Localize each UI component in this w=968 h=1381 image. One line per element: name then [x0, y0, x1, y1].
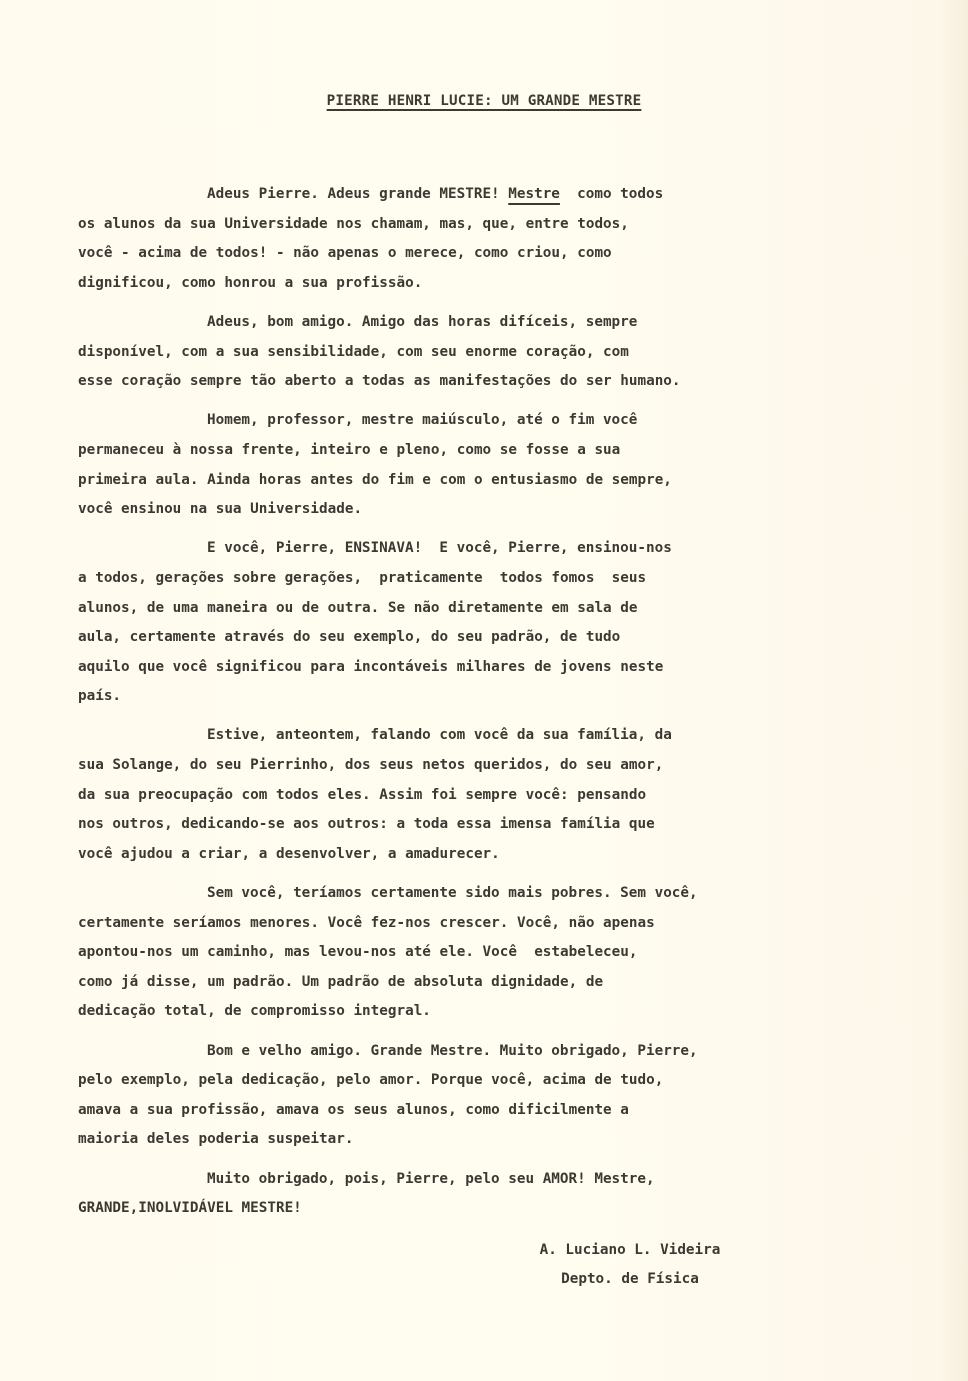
paragraph-line: pelo exemplo, pela dedicação, pelo amor.… [78, 1066, 908, 1096]
paragraph-line: certamente seríamos menores. Você fez-no… [78, 909, 908, 939]
paragraph-line: dedicação total, de compromisso integral… [78, 997, 908, 1027]
underlined-word-mestre: Mestre [508, 186, 560, 202]
paragraph-line: você ensinou na sua Universidade. [78, 495, 908, 525]
paragraph-line: permaneceu à nossa frente, inteiro e ple… [78, 436, 908, 466]
paragraph-line: nos outros, dedicando-se aos outros: a t… [78, 810, 908, 840]
paragraph-line: os alunos da sua Universidade nos chamam… [78, 210, 908, 240]
signature-department: Depto. de Física [500, 1265, 760, 1294]
signature-block: A. Luciano L. Videira Depto. de Física [500, 1236, 760, 1294]
document-title-text: PIERRE HENRI LUCIE: UM GRANDE MESTRE [327, 93, 642, 109]
paragraph-1: Adeus Pierre. Adeus grande MESTRE! Mestr… [78, 180, 908, 298]
paragraph-line: você ajudou a criar, a desenvolver, a am… [78, 840, 908, 870]
document-page: PIERRE HENRI LUCIE: UM GRANDE MESTRE Ade… [0, 0, 968, 1381]
paragraph-text: como todos [560, 186, 663, 202]
paragraph-line: aquilo que você significou para incontáv… [78, 653, 908, 683]
paragraph-line: Bom e velho amigo. Grande Mestre. Muito … [78, 1037, 908, 1067]
document-body: Adeus Pierre. Adeus grande MESTRE! Mestr… [78, 180, 908, 1233]
paragraph-line: maioria deles poderia suspeitar. [78, 1125, 908, 1155]
paragraph-line: Adeus Pierre. Adeus grande MESTRE! Mestr… [78, 180, 908, 210]
paragraph-line: Homem, professor, mestre maiúsculo, até … [78, 406, 908, 436]
paragraph-7: Bom e velho amigo. Grande Mestre. Muito … [78, 1037, 908, 1155]
paragraph-line: dignificou, como honrou a sua profissão. [78, 269, 908, 299]
paragraph-line: amava a sua profissão, amava os seus alu… [78, 1096, 908, 1126]
paragraph-6: Sem você, teríamos certamente sido mais … [78, 879, 908, 1027]
paragraph-line: sua Solange, do seu Pierrinho, dos seus … [78, 751, 908, 781]
paragraph-line: Muito obrigado, pois, Pierre, pelo seu A… [78, 1165, 908, 1195]
paragraph-line: você - acima de todos! - não apenas o me… [78, 239, 908, 269]
paragraph-3: Homem, professor, mestre maiúsculo, até … [78, 406, 908, 524]
paragraph-line: país. [78, 682, 908, 712]
paragraph-2: Adeus, bom amigo. Amigo das horas difíce… [78, 308, 908, 397]
paragraph-line: Sem você, teríamos certamente sido mais … [78, 879, 908, 909]
paragraph-line: E você, Pierre, ENSINAVA! E você, Pierre… [78, 534, 908, 564]
paragraph-5: Estive, anteontem, falando com você da s… [78, 721, 908, 869]
paragraph-line: GRANDE,INOLVIDÁVEL MESTRE! [78, 1194, 908, 1224]
paragraph-line: Estive, anteontem, falando com você da s… [78, 721, 908, 751]
paragraph-line: Adeus, bom amigo. Amigo das horas difíce… [78, 308, 908, 338]
paragraph-line: aula, certamente através do seu exemplo,… [78, 623, 908, 653]
paragraph-line: primeira aula. Ainda horas antes do fim … [78, 466, 908, 496]
paragraph-line: como já disse, um padrão. Um padrão de a… [78, 968, 908, 998]
signature-name: A. Luciano L. Videira [500, 1236, 760, 1265]
paragraph-line: alunos, de uma maneira ou de outra. Se n… [78, 594, 908, 624]
paragraph-line: esse coração sempre tão aberto a todas a… [78, 367, 908, 397]
paragraph-4: E você, Pierre, ENSINAVA! E você, Pierre… [78, 534, 908, 712]
paragraph-line: apontou-nos um caminho, mas levou-nos at… [78, 938, 908, 968]
paragraph-line: da sua preocupação com todos eles. Assim… [78, 781, 908, 811]
paragraph-text: Adeus Pierre. Adeus grande MESTRE! [207, 186, 508, 202]
paragraph-8: Muito obrigado, pois, Pierre, pelo seu A… [78, 1165, 908, 1224]
paragraph-line: disponível, com a sua sensibilidade, com… [78, 338, 908, 368]
document-title: PIERRE HENRI LUCIE: UM GRANDE MESTRE [0, 93, 968, 109]
paragraph-line: a todos, gerações sobre gerações, pratic… [78, 564, 908, 594]
